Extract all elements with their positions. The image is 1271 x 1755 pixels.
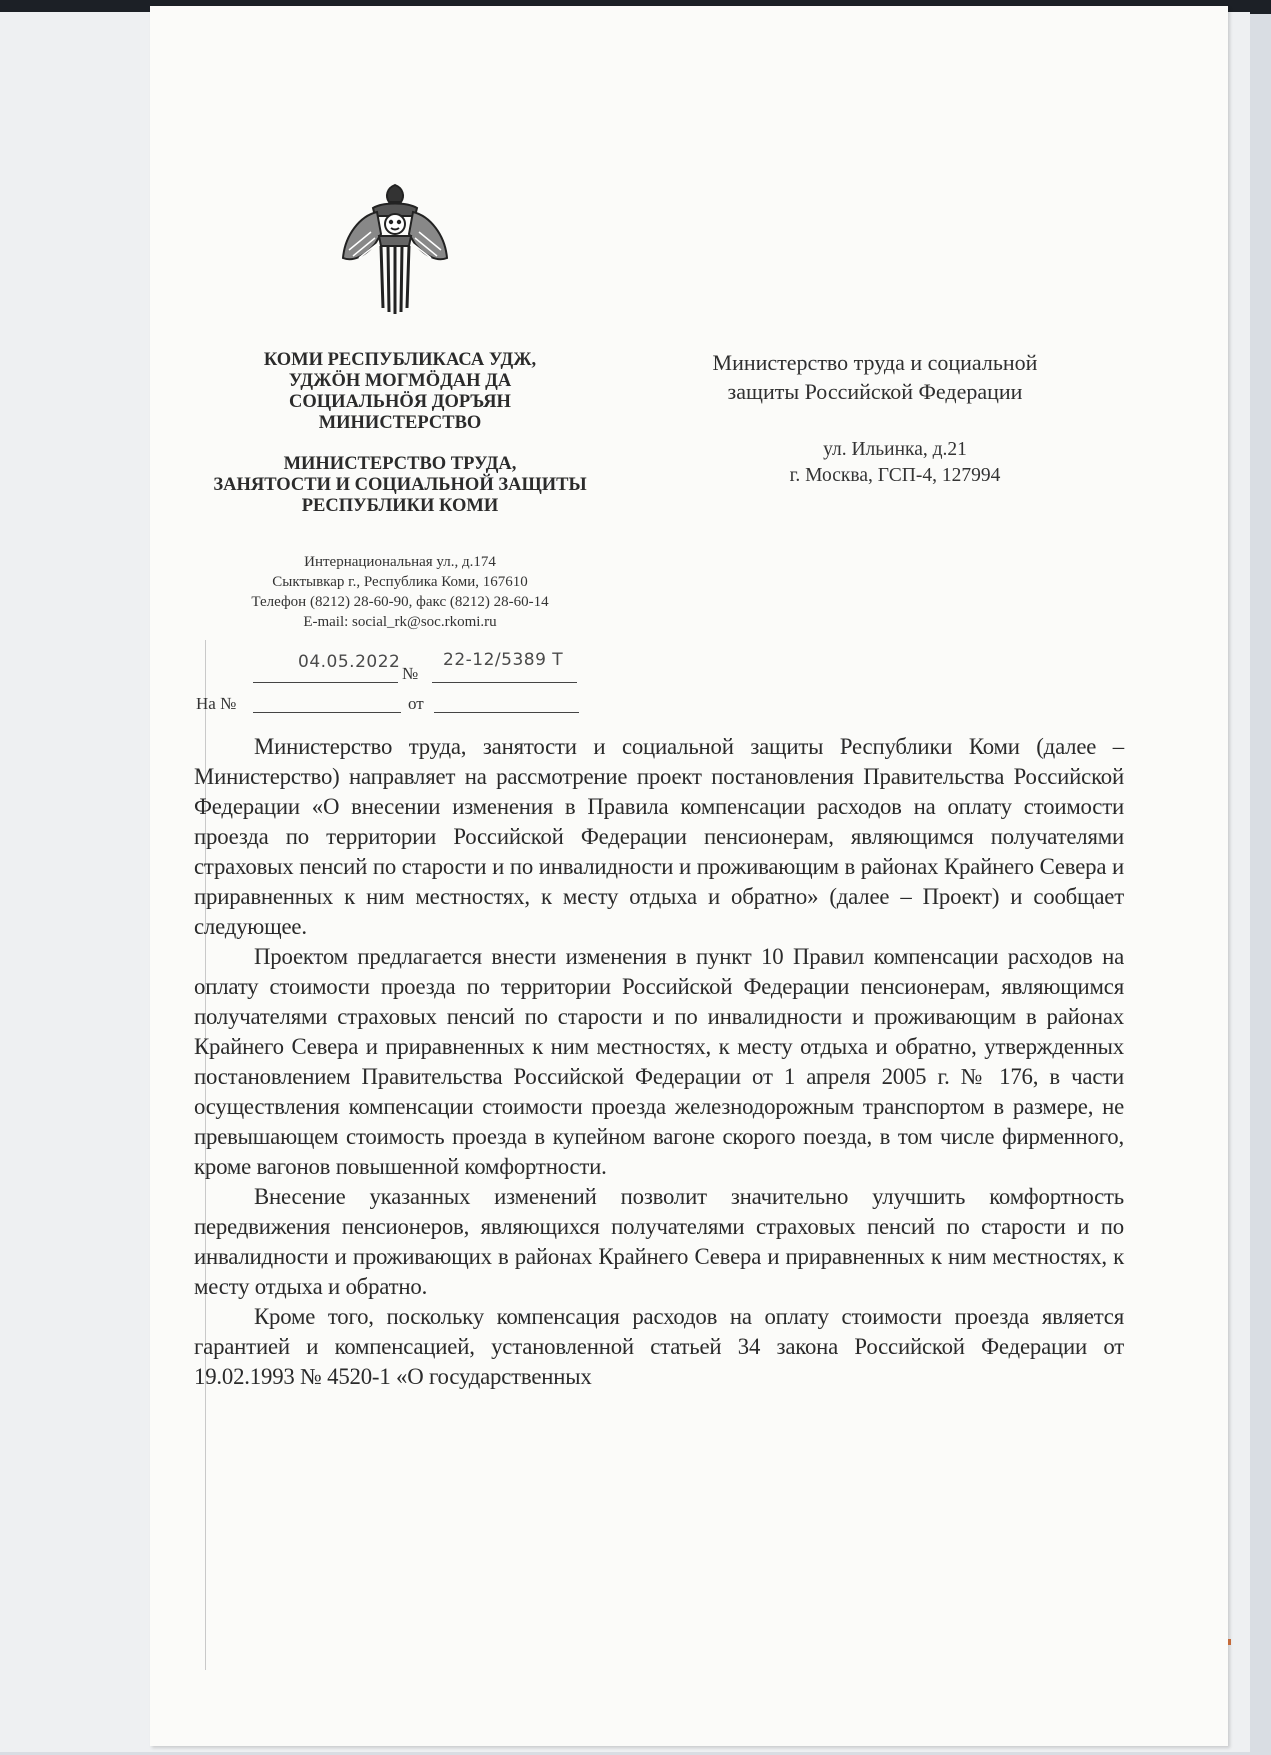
sender-address-line: Телефон (8212) 28-60-90, факс (8212) 28-… [190,592,610,612]
sender-russian-line: ЗАНЯТОСТИ И СОЦИАЛЬНОЙ ЗАЩИТЫ [190,475,610,496]
reply-to-label: На № [196,694,236,714]
number-underline [432,682,577,683]
recipient-name-line: защиты Российской Федерации [650,377,1100,406]
number-label: № [402,664,418,684]
body-paragraph: Кроме того, поскольку компенсация расход… [194,1302,1124,1392]
sender-komi-line: КОМИ РЕСПУБЛИКАСА УДЖ, [190,350,610,371]
recipient-address-line: ул. Ильинка, д.21 [700,437,1090,463]
body-paragraph: Министерство труда, занятости и социальн… [194,732,1124,942]
komi-coat-of-arms-icon [335,180,455,320]
recipient-name-line: Министерство труда и социальной [650,348,1100,377]
sender-russian-line: РЕСПУБЛИКИ КОМИ [190,496,610,517]
scan-artifact [1228,1639,1231,1645]
body-paragraph: Проектом предлагается внести изменения в… [194,942,1124,1182]
outgoing-number: 22-12/5389 Т [443,650,563,670]
sender-address-line: Интернациональная ул., д.174 [190,552,610,572]
sender-russian-line: МИНИСТЕРСТВО ТРУДА, [190,454,610,475]
date-underline [253,682,398,683]
recipient-address-line: г. Москва, ГСП-4, 127994 [700,463,1090,489]
sender-komi-line: УДЖӦН МОГМӦДАН ДА [190,371,610,392]
sender-email: E-mail: social_rk@soc.rkomi.ru [190,612,610,632]
reply-to-underline [253,712,401,713]
letter-body: Министерство труда, занятости и социальн… [194,732,1124,1392]
recipient-address: ул. Ильинка, д.21 г. Москва, ГСП-4, 1279… [700,437,1090,489]
from-label: от [408,694,424,714]
outgoing-date: 04.05.2022 [298,652,400,672]
sender-address: Интернациональная ул., д.174 Сыктывкар г… [190,552,610,632]
body-paragraph: Внесение указанных изменений позволит зн… [194,1182,1124,1302]
sender-komi-line: СОЦИАЛЬНӦЯ ДОРЪЯН [190,392,610,413]
recipient-name: Министерство труда и социальной защиты Р… [650,348,1100,406]
sender-address-line: Сыктывкар г., Республика Коми, 167610 [190,572,610,592]
sender-komi-line: МИНИСТЕРСТВО [190,413,610,434]
sender-name: КОМИ РЕСПУБЛИКАСА УДЖ, УДЖӦН МОГМӦДАН ДА… [190,350,610,517]
from-underline [434,712,579,713]
